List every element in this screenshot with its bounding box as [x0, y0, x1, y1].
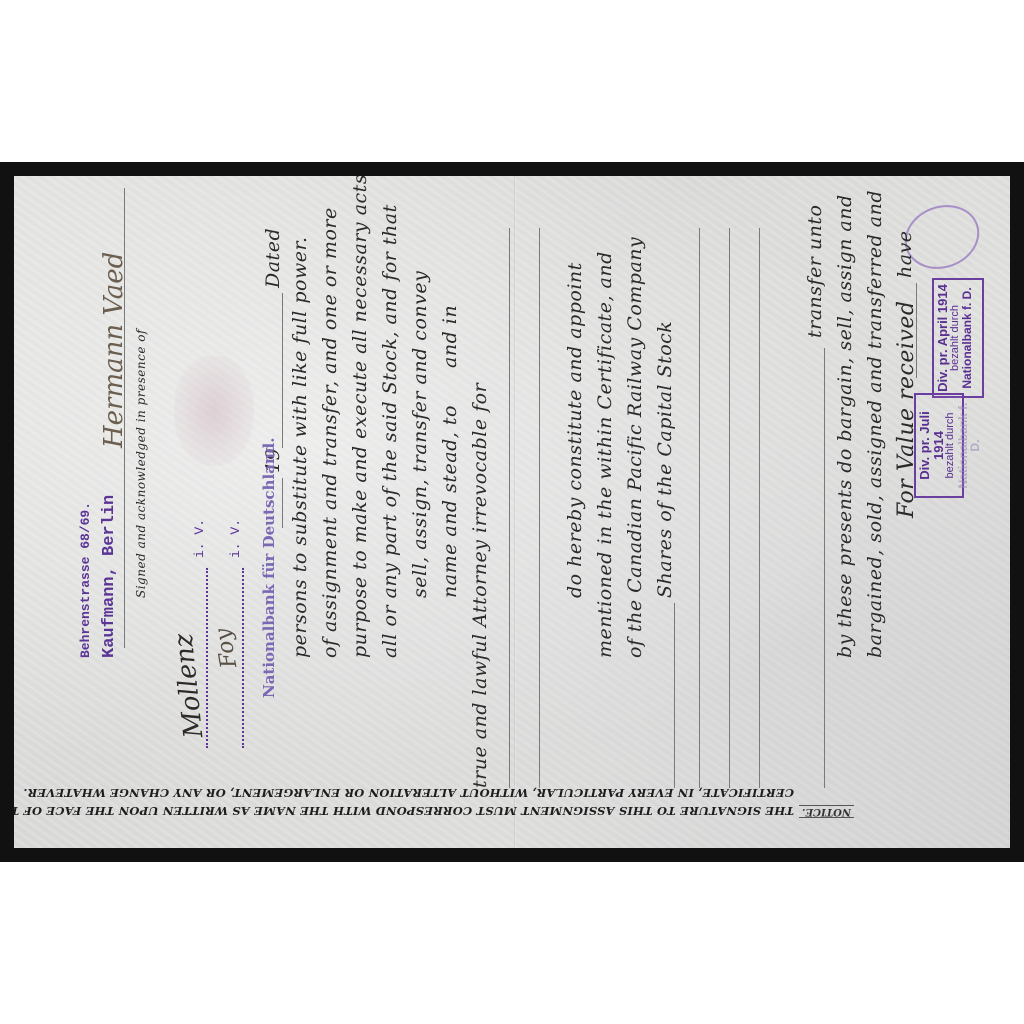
notice-block: NOTICE. THE SIGNATURE TO THIS ASSIGNMENT… [174, 776, 854, 822]
transferee-rule [824, 348, 825, 788]
date-rule [282, 293, 283, 448]
notice-line-1: THE SIGNATURE TO THIS ASSIGNMENT MUST CO… [14, 804, 794, 818]
bank-signature-1: Foy [211, 626, 243, 669]
bank-signature-line-1 [242, 568, 244, 748]
assignment-line-3: by these presents do bargain, sell, assi… [834, 194, 856, 658]
black-mat-frame: For Value received have bargained, sold,… [0, 162, 1024, 862]
year-rule [282, 478, 283, 528]
notice-label: NOTICE. [799, 805, 854, 818]
assignment-line-14: of assignment and transfer, and one or m… [319, 207, 341, 658]
transferee-rule-4 [699, 228, 700, 788]
assignment-form: For Value received have bargained, sold,… [14, 176, 1010, 848]
assignment-line-4: transfer unto [804, 205, 826, 338]
assignment-line-13: purpose to make and execute all necessar… [349, 176, 371, 658]
dated-label: Dated [262, 228, 284, 288]
assignment-line-5: Shares of the Capital Stock [654, 321, 676, 598]
assignment-line-15: persons to substitute with like full pow… [289, 236, 311, 658]
notice-line-2: CERTIFICATE, IN EVERY PARTICULAR, WITHOU… [23, 786, 794, 800]
signed-label: Signed and acknowledged in presence of [134, 329, 148, 598]
bank-stamp-name: Nationalbank für Deutschland. [260, 437, 278, 698]
assignment-line-1-suffix: have [894, 230, 916, 278]
blank-rule [916, 283, 917, 378]
attorney-rule [509, 228, 510, 788]
transferee-rule-2 [759, 228, 760, 788]
assignment-line-7: mentioned in the within Certificate, and [594, 251, 616, 658]
broker-stamp-line-2: Behrenstrasse 68/69. [78, 502, 93, 658]
certificate-paper: For Value received have bargained, sold,… [14, 176, 1010, 848]
broker-stamp-line-1: Kaufmann, Berlin [100, 495, 119, 658]
assignment-line-6: of the Canadian Pacific Railway Company [624, 237, 646, 658]
assignment-line-11: sell, assign, transfer and convey [409, 271, 431, 598]
assignment-line-9: true and lawful Attorney irrevocable for [469, 383, 491, 788]
iv-label-1: i. V. [228, 519, 243, 558]
bank-signature-2: Mollenz [169, 632, 210, 739]
iv-label-2: i. V. [192, 519, 207, 558]
attorney-rule-2 [539, 228, 540, 788]
assignment-line-10-prefix: and in [439, 305, 461, 368]
assignment-line-8: do hereby constitute and appoint [564, 262, 586, 598]
witness-rule [124, 188, 125, 648]
transferee-rule-3 [729, 228, 730, 788]
dividend-stamp-july-1914: Div. pr. Juli 1914 bezahlt durch Nationa… [914, 393, 964, 498]
dividend-stamp-april-1914: Div. pr. April 1914 bezahlt durch Nation… [932, 278, 984, 398]
assignment-line-10: name and stead, to [439, 405, 461, 598]
shares-count-rule [674, 603, 675, 788]
assignment-line-2: bargained, sold, assigned and transferre… [864, 190, 886, 658]
assignment-line-12: all or any part of the said Stock, and f… [379, 204, 401, 658]
